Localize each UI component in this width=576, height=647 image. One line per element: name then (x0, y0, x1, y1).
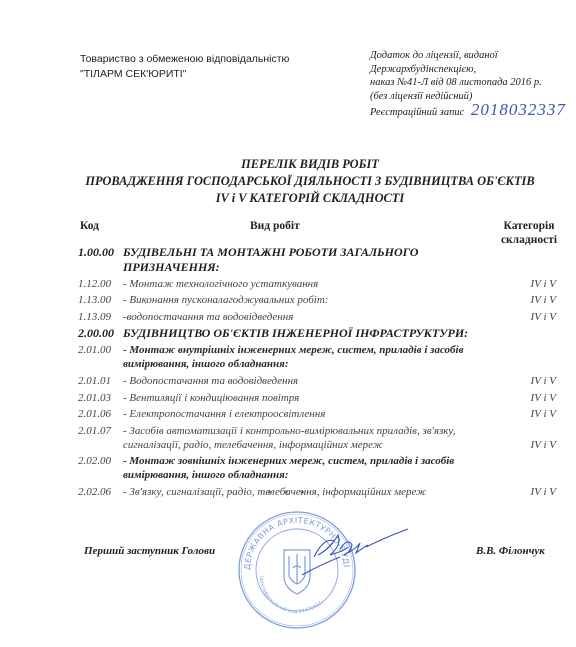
row-category: IV і V (503, 374, 560, 388)
row-work-type: - Монтаж технологічного устаткування (123, 277, 503, 291)
row-work-type: - Вентиляції і кондиціювання повітря (123, 391, 503, 405)
works-table: 1.00.00БУДІВЕЛЬНІ ТА МОНТАЖНІ РОБОТИ ЗАГ… (78, 245, 560, 502)
title-line: IV і V КАТЕГОРІЙ СКЛАДНОСТІ (60, 190, 560, 207)
table-row: 1.13.00- Виконання пусконалагоджувальних… (78, 293, 560, 307)
row-work-type: - Засобів автоматизації і контрольно-вим… (123, 424, 503, 452)
row-work-type: - Виконання пусконалагоджувальних робіт: (123, 293, 503, 307)
row-category: IV і V (503, 407, 560, 421)
row-code: 2.01.01 (78, 374, 123, 388)
registration-number: 2018032337 (471, 100, 566, 119)
row-category: IV і V (503, 391, 560, 405)
registration-label: Реєстраційний запис (370, 107, 464, 118)
row-category: IV і V (503, 438, 560, 452)
row-code: 2.01.03 (78, 391, 123, 405)
table-row: 2.01.07- Засобів автоматизації і контрол… (78, 424, 560, 452)
annex-line: Держархбудінспекцією, (370, 63, 566, 77)
title-line: ПРОВАДЖЕННЯ ГОСПОДАРСЬКОЇ ДІЯЛЬНОСТІ З Б… (60, 173, 560, 190)
column-header-work: Вид робіт (250, 219, 300, 233)
organization-name: Товариство з обмеженою відповідальністю … (80, 52, 289, 82)
table-row: 1.13.09-водопостачання та водовідведення… (78, 310, 560, 324)
stamp-inner-text: ідентифікаційний код 37471912 (258, 576, 323, 615)
table-row: 1.00.00БУДІВЕЛЬНІ ТА МОНТАЖНІ РОБОТИ ЗАГ… (78, 245, 560, 274)
column-header-category: Категорія складності (498, 219, 560, 247)
row-work-type: - Монтаж зовнішніх інженерних мереж, сис… (123, 454, 503, 482)
row-code: 1.13.00 (78, 293, 123, 307)
row-work-type: БУДІВНИЦТВО ОБ'ЄКТІВ ІНЖЕНЕРНОЇ ІНФРАСТР… (123, 326, 503, 341)
table-row: 2.01.03- Вентиляції і кондиціювання пові… (78, 391, 560, 405)
row-code: 1.13.09 (78, 310, 123, 324)
separator-stars: * * * (0, 489, 576, 500)
row-code: 1.12.00 (78, 277, 123, 291)
row-category: IV і V (503, 293, 560, 307)
row-work-type: - Електропостачання і електроосвітлення (123, 407, 503, 421)
table-row: 2.01.01- Водопостачання та водовідведенн… (78, 374, 560, 388)
row-code: 2.01.06 (78, 407, 123, 421)
column-header-code: Код (80, 219, 99, 233)
row-category: IV і V (503, 277, 560, 291)
handwritten-signature (300, 527, 410, 577)
organization-line-2: "ТІЛАРМ СЕК'ЮРИТІ" (80, 67, 289, 82)
row-code: 2.00.00 (78, 326, 123, 341)
license-annex-note: Додаток до ліцензії, виданої Держархбуді… (370, 49, 566, 120)
signer-name: В.В. Філончук (476, 545, 545, 557)
svg-text:ідентифікаційний код 37471912: ідентифікаційний код 37471912 (258, 576, 323, 615)
annex-line: наказ №41-Л від 08 листопада 2016 р. (370, 76, 566, 90)
table-row: 2.00.00БУДІВНИЦТВО ОБ'ЄКТІВ ІНЖЕНЕРНОЇ І… (78, 326, 560, 341)
row-category: IV і V (503, 310, 560, 324)
row-work-type: - Монтаж внутрішніх інженерних мереж, си… (123, 343, 503, 371)
table-row: 2.02.00- Монтаж зовнішніх інженерних мер… (78, 454, 560, 482)
document-title: ПЕРЕЛІК ВИДІВ РОБІТ ПРОВАДЖЕННЯ ГОСПОДАР… (60, 156, 560, 207)
row-code: 2.02.00 (78, 454, 123, 482)
row-code: 1.00.00 (78, 245, 123, 274)
row-work-type: -водопостачання та водовідведення (123, 310, 503, 324)
table-row: 1.12.00- Монтаж технологічного устаткува… (78, 277, 560, 291)
signer-position: Перший заступник Голови (84, 545, 215, 557)
table-row: 2.01.00- Монтаж внутрішніх інженерних ме… (78, 343, 560, 371)
title-line: ПЕРЕЛІК ВИДІВ РОБІТ (60, 156, 560, 173)
row-code: 2.01.07 (78, 424, 123, 452)
table-row: 2.01.06- Електропостачання і електроосві… (78, 407, 560, 421)
annex-line: Додаток до ліцензії, виданої (370, 49, 566, 63)
row-work-type: - Водопостачання та водовідведення (123, 374, 503, 388)
row-code: 2.01.00 (78, 343, 123, 371)
organization-line-1: Товариство з обмеженою відповідальністю (80, 52, 289, 67)
registration-record: Реєстраційний запис 2018032337 (370, 103, 566, 120)
row-work-type: БУДІВЕЛЬНІ ТА МОНТАЖНІ РОБОТИ ЗАГАЛЬНОГО… (123, 245, 503, 274)
